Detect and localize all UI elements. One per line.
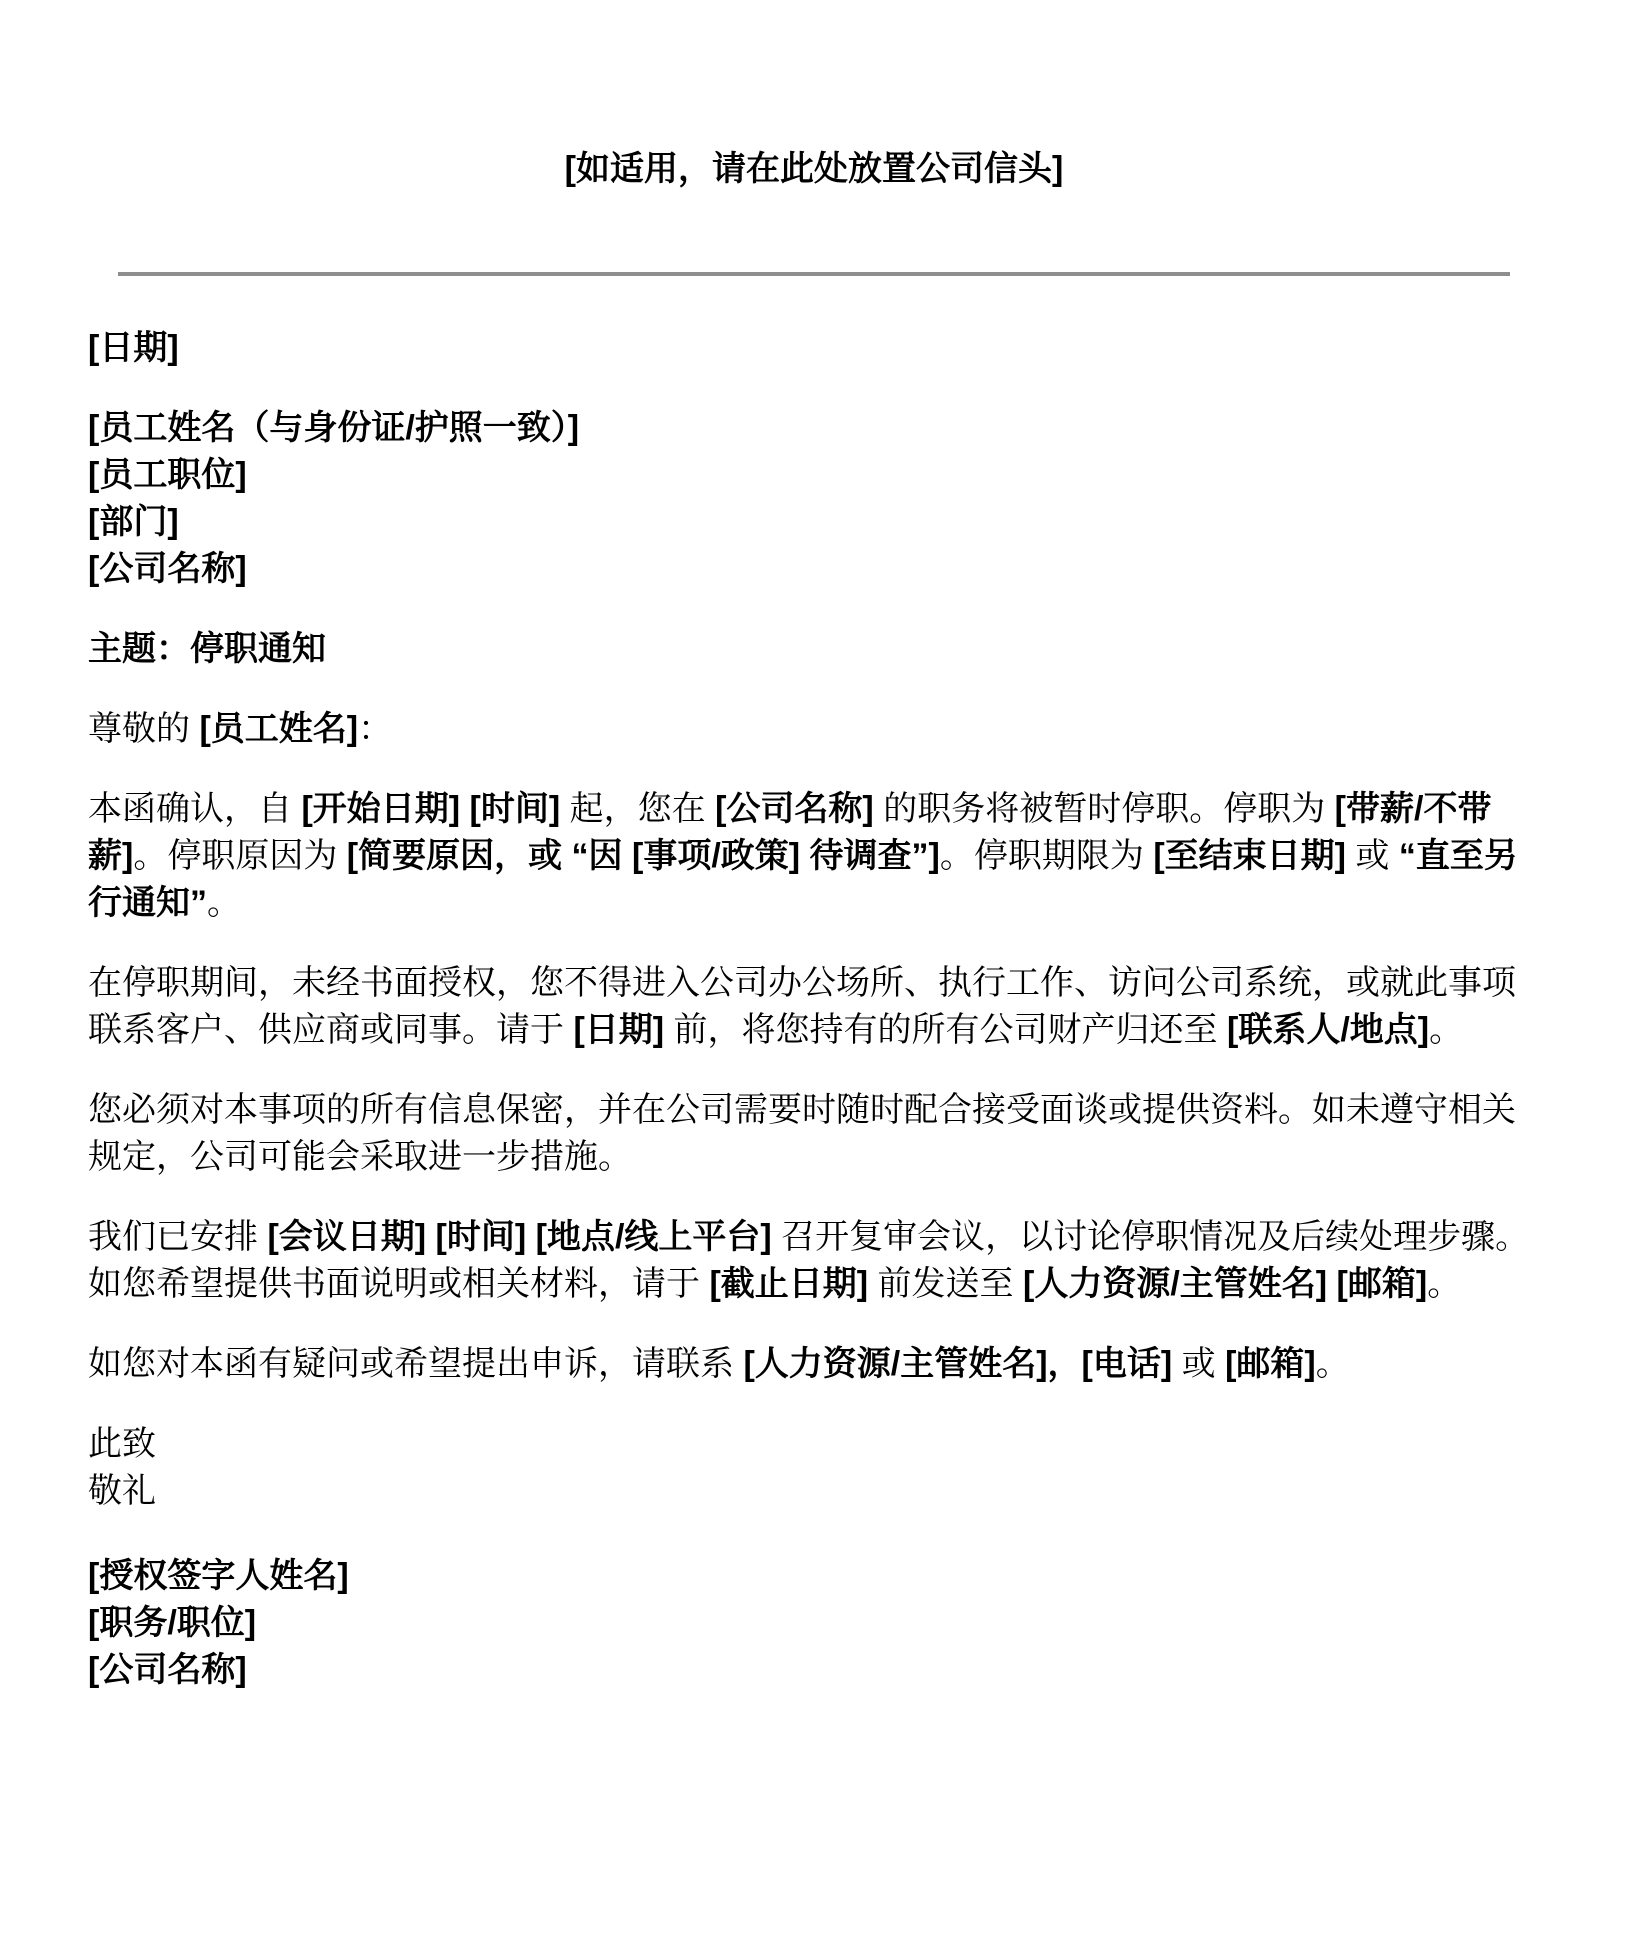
body-text: 。停职期限为	[940, 837, 1153, 875]
body-text: 。停职原因为	[133, 837, 346, 875]
placeholder-field: [联系人/地点]	[1227, 1011, 1429, 1049]
letter-document: [如适用，请在此处放置公司信头] [日期] [员工姓名（与身份证/护照一致）][…	[0, 0, 1628, 1952]
placeholder-field: [至结束日期]	[1153, 837, 1346, 875]
letterhead-divider	[118, 272, 1510, 276]
signature-block: [授权签字人姓名][职务/职位][公司名称]	[88, 1553, 1540, 1694]
date-line: [日期]	[88, 325, 1540, 372]
body-text: 本函确认，自	[88, 790, 301, 828]
letterhead-placeholder: [如适用，请在此处放置公司信头]	[88, 146, 1540, 193]
body-text: 。	[1429, 1011, 1463, 1049]
body-text: 。	[1316, 1345, 1350, 1383]
body-text: 如您对本函有疑问或希望提出申诉，请联系	[88, 1345, 743, 1383]
body-paragraph-3: 您必须对本事项的所有信息保密，并在公司需要时随时配合接受面谈或提供资料。如未遵守…	[88, 1087, 1540, 1181]
placeholder-field: [简要原因，或 “因 [事项/政策] 待调查”]	[347, 837, 940, 875]
placeholder-field: [开始日期] [时间]	[301, 790, 560, 828]
subject-line: 主题：停职通知	[88, 626, 1540, 673]
placeholder-field: [员工姓名]	[199, 710, 358, 748]
body-paragraph-5: 如您对本函有疑问或希望提出申诉，请联系 [人力资源/主管姓名]，[电话] 或 […	[88, 1341, 1540, 1388]
body-text: 尊敬的	[88, 710, 199, 748]
body-text: 。	[207, 884, 241, 922]
placeholder-field: [日期]	[573, 1011, 664, 1049]
placeholder-field: [会议日期] [时间] [地点/线上平台]	[267, 1218, 771, 1256]
placeholder-field: [截止日期]	[709, 1265, 868, 1303]
body-text: 前发送至	[868, 1265, 1023, 1303]
body-text: 。	[1427, 1265, 1461, 1303]
body-text: 或	[1346, 837, 1399, 875]
body-text: 的职务将被暂时停职。停职为	[874, 790, 1335, 828]
placeholder-field: [公司名称]	[715, 790, 874, 828]
body-text: 我们已安排	[88, 1218, 267, 1256]
placeholder-field: [邮箱]	[1225, 1345, 1316, 1383]
recipient-block: [员工姓名（与身份证/护照一致）][员工职位][部门][公司名称]	[88, 405, 1540, 593]
body-text: 或	[1172, 1345, 1225, 1383]
placeholder-field: [人力资源/主管姓名]，[电话]	[743, 1345, 1172, 1383]
body-text: ：	[358, 710, 392, 748]
body-paragraph-1: 本函确认，自 [开始日期] [时间] 起，您在 [公司名称] 的职务将被暂时停职…	[88, 786, 1540, 927]
body-text: 您必须对本事项的所有信息保密，并在公司需要时随时配合接受面谈或提供资料。如未遵守…	[88, 1091, 1516, 1176]
salutation: 尊敬的 [员工姓名]：	[88, 706, 1540, 753]
body-text: 起，您在	[560, 790, 715, 828]
body-paragraph-4: 我们已安排 [会议日期] [时间] [地点/线上平台] 召开复审会议，以讨论停职…	[88, 1214, 1540, 1308]
placeholder-field: [人力资源/主管姓名] [邮箱]	[1023, 1265, 1427, 1303]
closing-block: 此致敬礼	[88, 1421, 1540, 1515]
body-paragraph-2: 在停职期间，未经书面授权，您不得进入公司办公场所、执行工作、访问公司系统，或就此…	[88, 960, 1540, 1054]
body-text: 前，将您持有的所有公司财产归还至	[664, 1011, 1227, 1049]
